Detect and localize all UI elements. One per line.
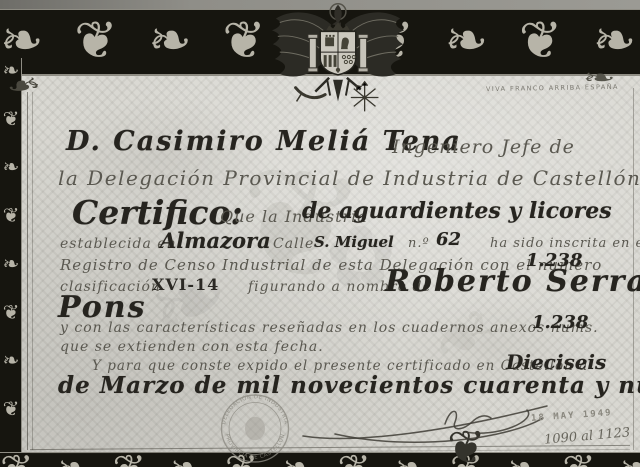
owner-name-handwritten: Roberto Serra: [385, 266, 640, 298]
official-seal-stamp: DELEGACIÓN DE INDUSTRIA PROVINCIA DE CAS…: [204, 390, 306, 467]
motto-stamp: VIVA FRANCO ARRIBA ESPAÑA: [486, 83, 619, 93]
street-handwritten: S. Miguel: [314, 235, 394, 251]
issuer-title-printed: Ingeniero Jefe de: [392, 138, 575, 158]
number-label-printed: n.º: [408, 237, 430, 251]
bottom-border-ornament: ❦ ❧ ❦ ❧ ❦ ❧ ❦ ❧ ❦ ❧ ❦ ❧ ❦ ❧ ❦ ❧ ❦ ❧ ❦ ❧: [0, 452, 640, 467]
certify-word: Certifico:: [72, 196, 243, 231]
left-border-ornament: ❧ ❦ ❧ ❦ ❧ ❦ ❧ ❦ ❧ ❦ ❧: [0, 58, 22, 467]
certificate-photo: ❧ ❦ ❧ ❦ ❧ ❦ ❧ ❦ ❧ ❦ ❧ ❦ ❧ ❦ ❧ ❦ ❧ ❦ ❧ ❦ …: [0, 0, 640, 467]
industry-handwritten: de aguardientes y licores: [302, 200, 612, 223]
annex-number-handwritten: 1.238: [532, 314, 588, 333]
signature-flourish: [295, 392, 557, 454]
with-date-printed: que se extienden con esta fecha.: [60, 340, 324, 355]
street-label-printed: Calle: [273, 237, 314, 252]
issuer-line2-printed: la Delegación Provincial de Industria de…: [58, 168, 640, 189]
annex-printed: y con las características reseñadas en l…: [60, 321, 599, 336]
owner-surname2-handwritten: Pons: [58, 292, 146, 324]
town-handwritten: Almazora: [160, 230, 271, 252]
inner-frame-left: [27, 92, 33, 450]
registered-printed: ha sido inscrita en el: [490, 237, 640, 251]
day-handwritten: Dieciseis: [506, 352, 606, 373]
coat-of-arms-eagle-icon: [264, 0, 412, 122]
classification-handwritten: XVI-14: [152, 277, 219, 294]
street-number-handwritten: 62: [436, 231, 461, 250]
